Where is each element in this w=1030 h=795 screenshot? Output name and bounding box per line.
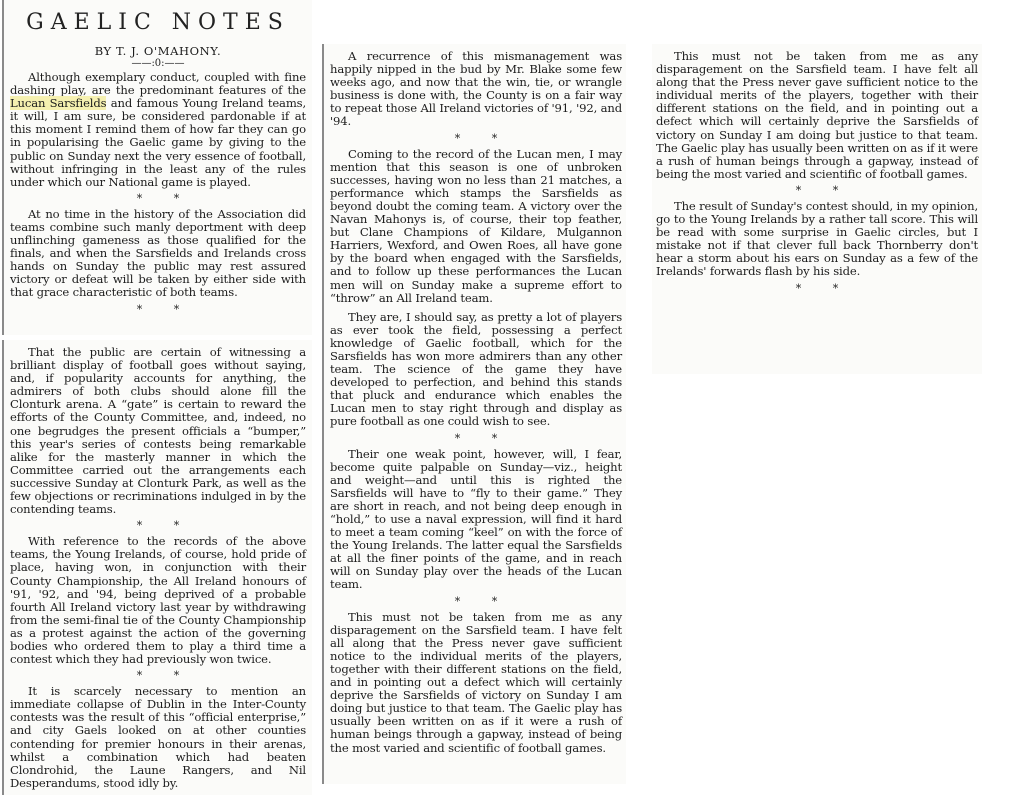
paragraph: With reference to the records of the abo… — [10, 535, 306, 666]
column-2-text: A recurrence of this mismanagement was h… — [330, 50, 622, 755]
paragraph: This must not be taken from me as any di… — [330, 611, 622, 755]
paragraph: At no time in the history of the Associa… — [10, 208, 306, 300]
column-3-text: This must not be taken from me as any di… — [656, 50, 978, 293]
paragraph: Their one weak point, however, will, I f… — [330, 448, 622, 592]
paragraph: The result of Sunday's contest should, i… — [656, 200, 978, 279]
section-separator: * * — [344, 134, 622, 143]
section-separator: * * — [344, 597, 622, 606]
highlighted-phrase[interactable]: Lucan Sarsfields — [10, 96, 106, 110]
article-title: GAELIC NOTES — [10, 10, 306, 36]
byline-divider: ——:0:—— — [10, 59, 306, 69]
paragraph: Although exemplary conduct, coupled with… — [10, 71, 306, 189]
paragraph: That the public are certain of witnessin… — [10, 346, 306, 516]
column-1-bottom-text: That the public are certain of witnessin… — [10, 346, 306, 790]
paragraph: Coming to the record of the Lucan men, I… — [330, 148, 622, 305]
paragraph: This must not be taken from me as any di… — [656, 50, 978, 181]
column-2: A recurrence of this mismanagement was h… — [322, 44, 626, 784]
byline: BY T. J. O'MAHONY. — [10, 44, 306, 58]
paragraph: They are, I should say, as pretty a lot … — [330, 311, 622, 429]
section-separator: * * — [24, 521, 306, 530]
section-separator: * * — [344, 434, 622, 443]
paragraph: It is scarcely necessary to mention an i… — [10, 685, 306, 790]
column-3: This must not be taken from me as any di… — [652, 44, 982, 374]
section-separator: * * — [670, 186, 978, 195]
column-1-clip-bottom: That the public are certain of witnessin… — [2, 340, 312, 795]
column-1-clip-top: GAELIC NOTES BY T. J. O'MAHONY. ——:0:—— … — [2, 0, 312, 335]
column-1-top-text: Although exemplary conduct, coupled with… — [10, 71, 306, 314]
section-separator: * * — [24, 671, 306, 680]
section-separator: * * — [670, 284, 978, 293]
section-separator: * * — [24, 305, 306, 314]
section-separator: * * — [24, 194, 306, 203]
paragraph: A recurrence of this mismanagement was h… — [330, 50, 622, 129]
